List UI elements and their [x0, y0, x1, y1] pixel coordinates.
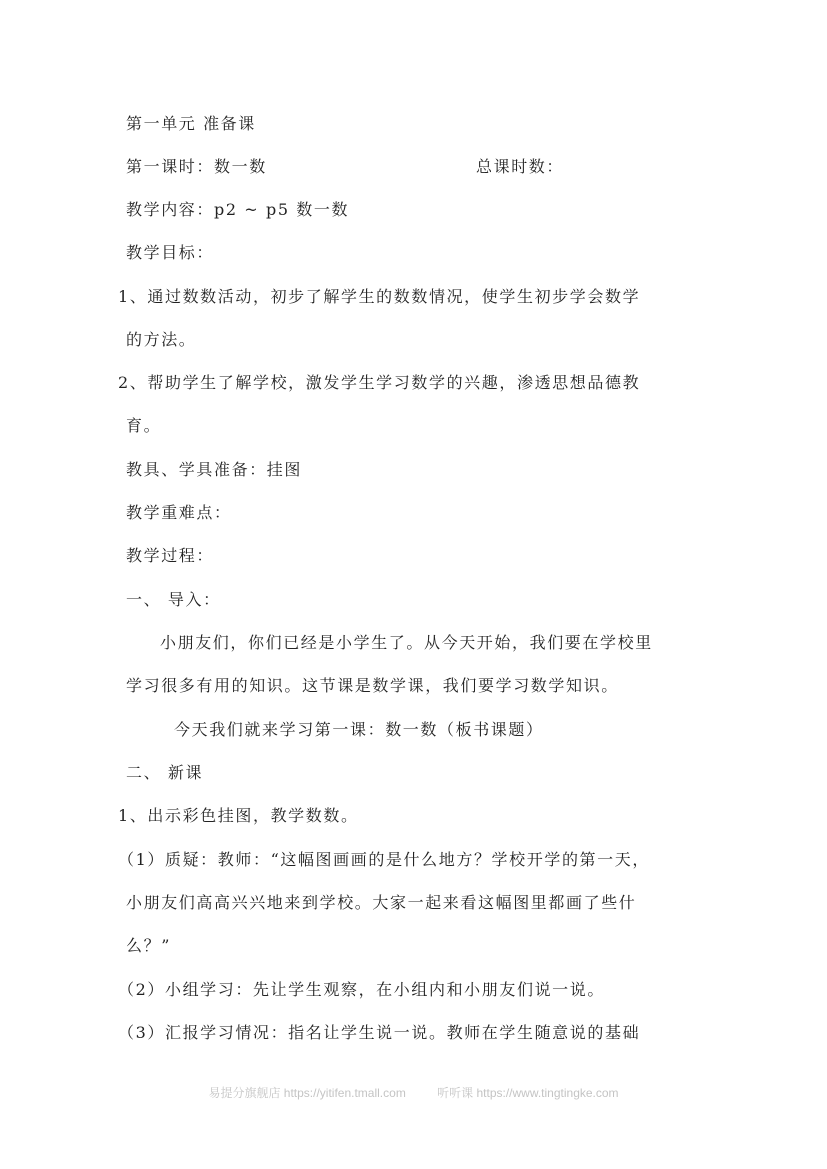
question-1-line3: 么？” — [126, 936, 171, 956]
question-1-line2: 小朋友们高高兴兴地来到学校。大家一起来看这幅图里都画了些什 — [126, 893, 636, 913]
unit-title: 第一单元 准备课 — [126, 114, 256, 134]
footer-right-link[interactable]: 听听课 https://www.tingtingke.com — [437, 1086, 618, 1100]
footer-left-link[interactable]: 易提分旗舰店 https://yitifen.tmall.com — [208, 1086, 405, 1100]
materials: 教具、学具准备：挂图 — [126, 460, 302, 480]
lesson-label: 第一课时：数一数 — [126, 157, 267, 177]
intro-line-1: 小朋友们，你们已经是小学生了。从今天开始，我们要在学校里 — [160, 633, 653, 653]
step-1: 1、出示彩色挂图，教学数数。 — [118, 806, 359, 826]
intro-line-3: 今天我们就来学习第一课：数一数（板书课题） — [174, 720, 544, 740]
objective-2-line1: 2、帮助学生了解学校，激发学生学习数学的兴趣，渗透思想品德教 — [118, 373, 640, 393]
question-1-line1: （1）质疑：教师：“这幅图画画的是什么地方？学校开学的第一天， — [118, 850, 650, 870]
objective-1-line1: 1、通过数数活动，初步了解学生的数数情况，使学生初步学会数学 — [118, 287, 640, 307]
question-2: （2）小组学习：先让学生观察，在小组内和小朋友们说一说。 — [118, 980, 605, 1000]
process-heading: 教学过程： — [126, 546, 214, 566]
teaching-content: 教学内容：p2 ~ p5 数一数 — [126, 200, 349, 220]
question-3: （3）汇报学习情况：指名让学生说一说。教师在学生随意说的基础 — [118, 1023, 640, 1043]
watermark-footer: 易提分旗舰店 https://yitifen.tmall.com 听听课 htt… — [0, 1084, 827, 1101]
intro-line-2: 学习很多有用的知识。这节课是数学课，我们要学习数学知识。 — [126, 676, 619, 696]
total-hours-label: 总课时数： — [476, 157, 564, 177]
objective-1-line2: 的方法。 — [126, 330, 196, 350]
objective-2-line2: 育。 — [126, 416, 161, 436]
objectives-heading: 教学目标： — [126, 243, 214, 263]
key-points: 教学重难点： — [126, 503, 232, 523]
section-2-heading: 二、 新课 — [126, 763, 203, 783]
section-1-heading: 一、 导入： — [126, 590, 221, 610]
